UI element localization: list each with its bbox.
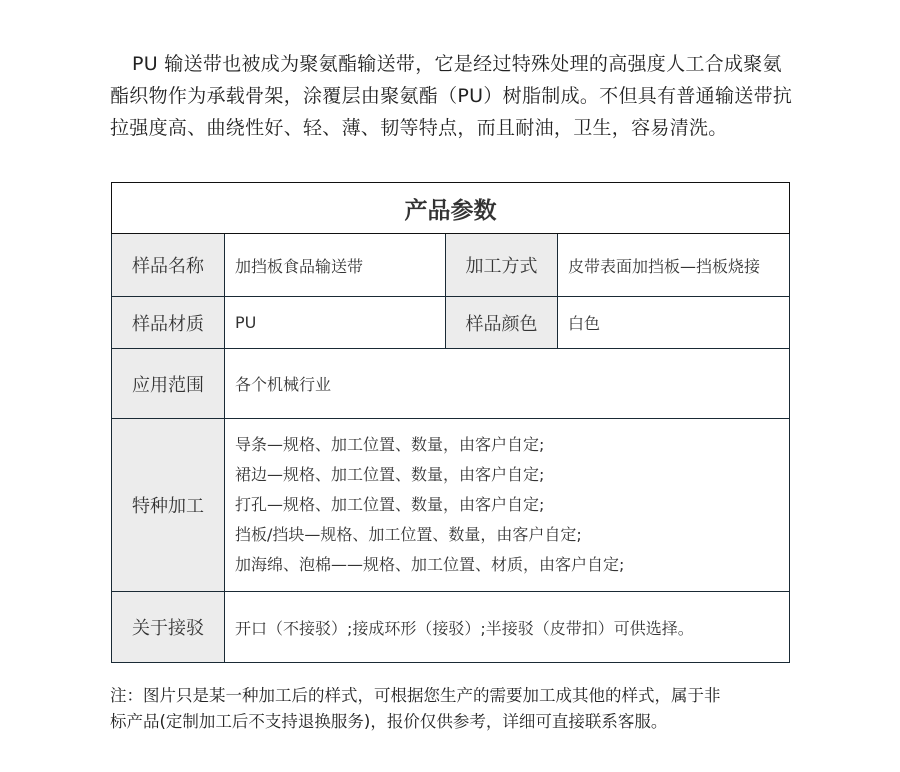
value-sample-name: 加挡板食品输送带 bbox=[225, 234, 446, 297]
table-title-row: 产品参数 bbox=[112, 183, 790, 234]
value-sample-material: PU bbox=[225, 297, 446, 349]
note-text: 注：图片只是某一种加工后的样式，可根据您生产的需要加工成其他的样式，属于非 标产… bbox=[110, 683, 800, 735]
value-special-processing: 导条—规格、加工位置、数量，由客户自定; 裙边—规格、加工位置、数量，由客户自定… bbox=[225, 419, 790, 592]
note-line-2: 标产品(定制加工后不支持退换服务)，报价仅供参考，详细可直接联系客服。 bbox=[110, 709, 800, 735]
intro-paragraph: PU 输送带也被成为聚氨酯输送带，它是经过特殊处理的高强度人工合成聚氨酯织物作为… bbox=[110, 48, 800, 144]
special-processing-line: 裙边—规格、加工位置、数量，由客户自定; bbox=[235, 460, 789, 490]
value-processing-method: 皮带表面加挡板—挡板烧接 bbox=[558, 234, 790, 297]
special-processing-line: 打孔—规格、加工位置、数量，由客户自定; bbox=[235, 490, 789, 520]
label-special-processing: 特种加工 bbox=[112, 419, 225, 592]
special-processing-line: 导条—规格、加工位置、数量，由客户自定; bbox=[235, 430, 789, 460]
special-processing-line: 挡板/挡块—规格、加工位置、数量，由客户自定; bbox=[235, 520, 789, 550]
note-line-1: 注：图片只是某一种加工后的样式，可根据您生产的需要加工成其他的样式，属于非 bbox=[110, 683, 800, 709]
table-row: 特种加工 导条—规格、加工位置、数量，由客户自定; 裙边—规格、加工位置、数量，… bbox=[112, 419, 790, 592]
value-splicing: 开口（不接驳）;接成环形（接驳）;半接驳（皮带扣）可供选择。 bbox=[225, 592, 790, 663]
label-sample-color: 样品颜色 bbox=[446, 297, 558, 349]
product-parameters-table: 产品参数 样品名称 加挡板食品输送带 加工方式 皮带表面加挡板—挡板烧接 样品材… bbox=[111, 182, 790, 663]
special-processing-line: 加海绵、泡棉——规格、加工位置、材质，由客户自定; bbox=[235, 550, 789, 580]
value-sample-color: 白色 bbox=[558, 297, 790, 349]
intro-text: PU 输送带也被成为聚氨酯输送带，它是经过特殊处理的高强度人工合成聚氨酯织物作为… bbox=[110, 48, 800, 144]
label-application: 应用范围 bbox=[112, 349, 225, 419]
table-title: 产品参数 bbox=[112, 183, 790, 234]
label-sample-name: 样品名称 bbox=[112, 234, 225, 297]
label-processing-method: 加工方式 bbox=[446, 234, 558, 297]
value-application: 各个机械行业 bbox=[225, 349, 790, 419]
table-row: 样品名称 加挡板食品输送带 加工方式 皮带表面加挡板—挡板烧接 bbox=[112, 234, 790, 297]
label-splicing: 关于接驳 bbox=[112, 592, 225, 663]
label-sample-material: 样品材质 bbox=[112, 297, 225, 349]
table-row: 样品材质 PU 样品颜色 白色 bbox=[112, 297, 790, 349]
table-row: 应用范围 各个机械行业 bbox=[112, 349, 790, 419]
table-row: 关于接驳 开口（不接驳）;接成环形（接驳）;半接驳（皮带扣）可供选择。 bbox=[112, 592, 790, 663]
